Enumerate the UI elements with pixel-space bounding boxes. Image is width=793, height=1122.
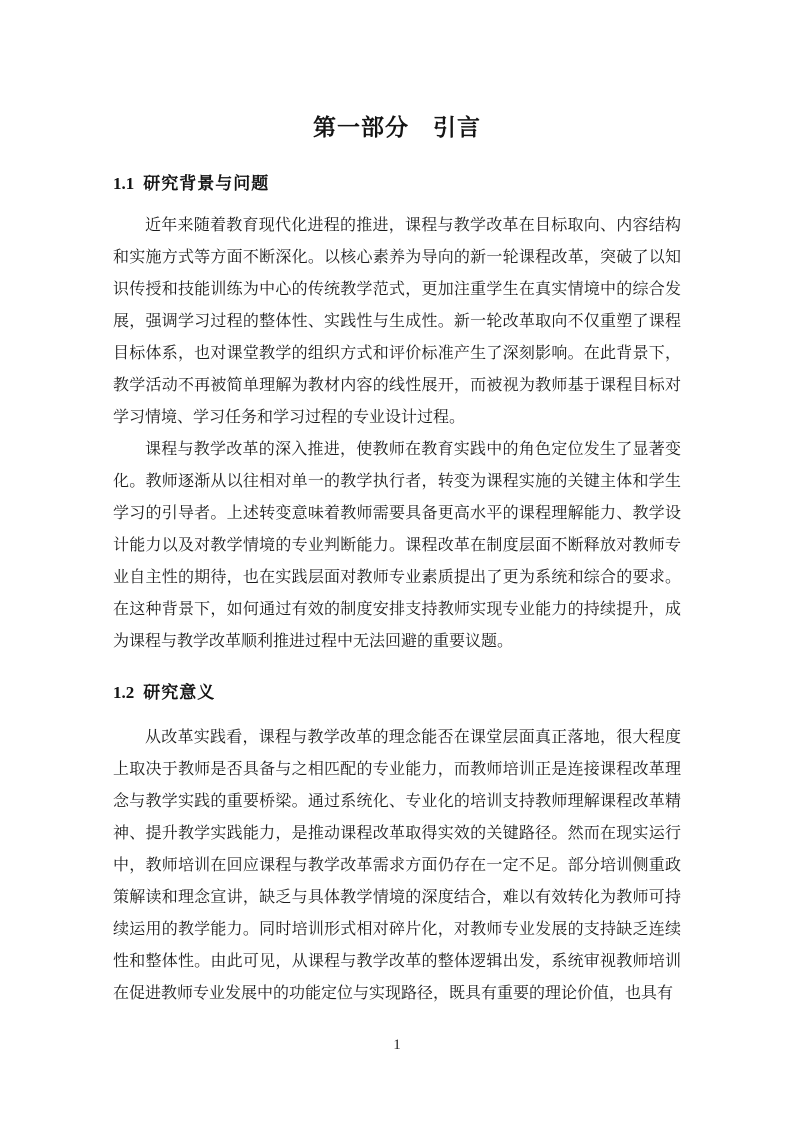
page-title: 第一部分 引言 bbox=[113, 112, 681, 142]
paragraph: 近年来随着教育现代化进程的推进，课程与教学改革在目标取向、内容结构和实施方式等方… bbox=[113, 210, 681, 434]
paragraph: 从改革实践看，课程与教学改革的理念能否在课堂层面真正落地，很大程度上取决于教师是… bbox=[113, 722, 681, 1010]
section-title: 研究背景与问题 bbox=[143, 174, 269, 193]
section-title: 研究意义 bbox=[143, 683, 215, 702]
section-number: 1.1 bbox=[113, 174, 134, 193]
page-number: 1 bbox=[113, 1036, 681, 1054]
section-number: 1.2 bbox=[113, 683, 134, 702]
section-heading-1-2: 1.2研究意义 bbox=[113, 681, 681, 705]
section-heading-1-1: 1.1研究背景与问题 bbox=[113, 172, 681, 196]
paragraph: 课程与教学改革的深入推进，使教师在教育实践中的角色定位发生了显著变化。教师逐渐从… bbox=[113, 434, 681, 658]
document-page: 第一部分 引言 1.1研究背景与问题 近年来随着教育现代化进程的推进，课程与教学… bbox=[0, 0, 793, 1122]
